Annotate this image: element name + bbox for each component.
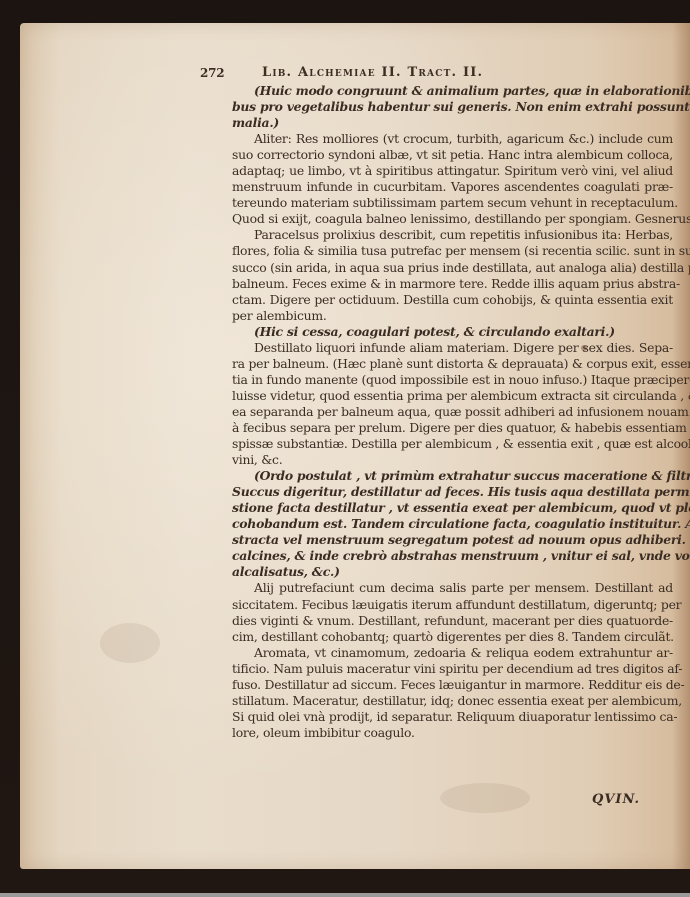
text-line: cim, destillant cohobantq; quartò digere… <box>232 629 673 645</box>
running-head: 272 Lib. Alchemiae II. Tract. II. <box>232 65 673 83</box>
text-line: stione facta destillatur , vt essentia e… <box>232 500 673 516</box>
text-line: spissæ substantiæ. Destilla per alembicu… <box>232 436 673 452</box>
paper-stain <box>440 783 530 813</box>
text-line: Aromata, vt cinamomum, zedoaria & reliqu… <box>232 645 673 661</box>
text-line: tificio. Nam puluis maceratur vini spiri… <box>232 661 673 677</box>
text-line: suo correctorio syndoni albæ, vt sit pet… <box>232 147 673 163</box>
text-line: vini, &c. <box>232 452 673 468</box>
text-line: Quod si exijt, coagula balneo lenissimo,… <box>232 211 673 227</box>
text-line: bus pro vegetalibus habentur sui generis… <box>232 99 673 115</box>
paragraph: Destillato liquori infunde aliam materia… <box>232 340 673 468</box>
text-line: (Ordo postulat , vt primùm extrahatur su… <box>232 468 673 484</box>
paragraph: Paracelsus prolixius describit, cum repe… <box>232 227 673 323</box>
text-line: à fecibus separa per prelum. Digere per … <box>232 420 673 436</box>
text-line: succo (sin arida, in aqua sua prius inde… <box>232 260 673 276</box>
text-line: Succus digeritur, destillatur ad feces. … <box>232 484 673 500</box>
paragraph: (Hic si cessa, coagulari potest, & circu… <box>232 324 673 340</box>
text-line: (Hic si cessa, coagulari potest, & circu… <box>232 324 673 340</box>
viewer-bottom-bar <box>0 893 690 897</box>
text-line: stillatum. Maceratur, destillatur, idq; … <box>232 693 673 709</box>
paragraph: (Ordo postulat , vt primùm extrahatur su… <box>232 468 673 580</box>
text-line: Alij putrefaciunt cum decima salis parte… <box>232 580 673 596</box>
text-line: ctam. Digere per octiduum. Destilla cum … <box>232 292 673 308</box>
paragraph: (Huic modo congruunt & animalium partes,… <box>232 83 673 131</box>
text-line: siccitatem. Fecibus læuigatis iterum aff… <box>232 597 673 613</box>
text-line: Si quid olei vnà prodijt, id separatur. … <box>232 709 673 725</box>
text-line: (Huic modo congruunt & animalium partes,… <box>232 83 673 99</box>
running-head-title: Lib. Alchemiae II. Tract. II. <box>262 65 483 81</box>
text-line: ea separanda per balneum aqua, quæ possi… <box>232 404 673 420</box>
text-line: balneum. Feces exime & in marmore tere. … <box>232 276 673 292</box>
text-line: dies viginti & vnum. Destillant, refundu… <box>232 613 673 629</box>
text-line: per alembicum. <box>232 308 673 324</box>
text-line: Destillato liquori infunde aliam materia… <box>232 340 673 356</box>
paragraph: Aromata, vt cinamomum, zedoaria & reliqu… <box>232 645 673 741</box>
paragraph: Alij putrefaciunt cum decima salis parte… <box>232 580 673 644</box>
text-line: cohobandum est. Tandem circulatione fact… <box>232 516 673 532</box>
page-number: 272 <box>200 65 224 81</box>
page-text: 272 Lib. Alchemiae II. Tract. II. (Huic … <box>232 65 673 741</box>
text-line: calcines, & inde crebrò abstrahas menstr… <box>232 548 673 564</box>
text-line: menstruum infunde in cucurbitam. Vapores… <box>232 179 673 195</box>
text-line: adaptaq; ue limbo, vt à spiritibus attin… <box>232 163 673 179</box>
paragraph: Aliter: Res molliores (vt crocum, turbit… <box>232 131 673 227</box>
text-line: stracta vel menstruum segregatum potest … <box>232 532 673 548</box>
body-paragraphs: (Huic modo congruunt & animalium partes,… <box>232 83 673 741</box>
text-line: lore, oleum imbibitur coagulo. <box>232 725 673 741</box>
text-line: Paracelsus prolixius describit, cum repe… <box>232 227 673 243</box>
text-line: malia.) <box>232 115 673 131</box>
text-line: flores, folia & similia tusa putrefac pe… <box>232 243 673 259</box>
text-line: Aliter: Res molliores (vt crocum, turbit… <box>232 131 673 147</box>
catchword: QVIN. <box>592 792 640 807</box>
text-line: ra per balneum. (Hæc planè sunt distorta… <box>232 356 673 372</box>
text-line: alcalisatus, &c.) <box>232 564 673 580</box>
paper-stain <box>100 623 160 663</box>
text-line: fuso. Destillatur ad siccum. Feces læuig… <box>232 677 673 693</box>
text-line: tia in fundo manente (quod impossibile e… <box>232 372 673 388</box>
text-line: luisse videtur, quod essentia prima per … <box>232 388 673 404</box>
text-line: tereundo materiam subtilissimam partem s… <box>232 195 673 211</box>
